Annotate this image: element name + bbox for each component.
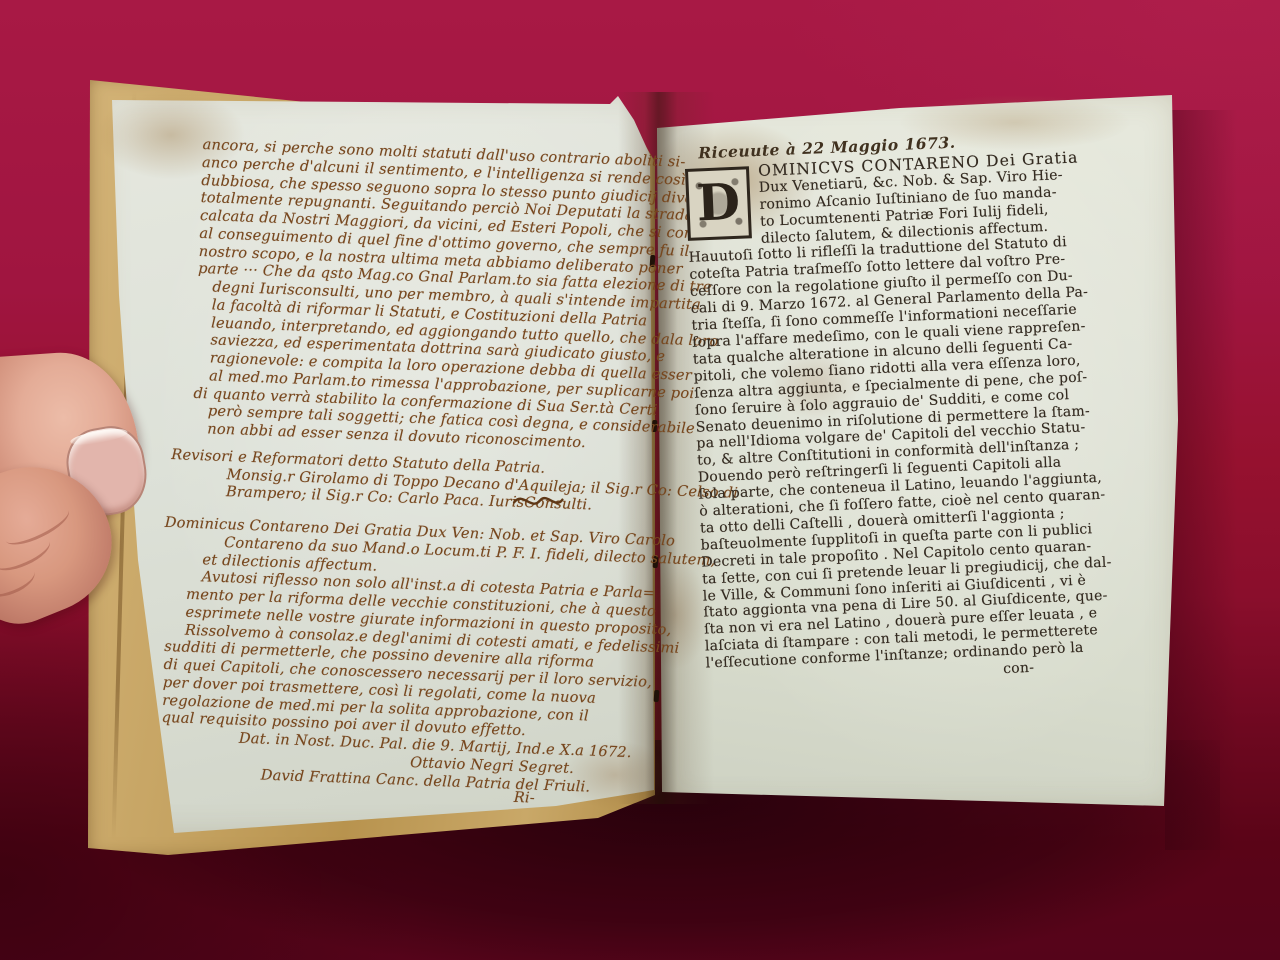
ink-flourish: [511, 492, 564, 518]
printed-lines: OMINICVS CONTARENO Dei GratiaDux Venetia…: [685, 148, 1131, 690]
printed-text-block: Riceuute à 22 Maggio 1673. D OMINICVS CO…: [684, 128, 1130, 690]
ornamental-initial-D: D: [685, 166, 752, 241]
book-edge-shadow: [1165, 110, 1255, 850]
photo-scene: ancora, si perche sono molti statuti dal…: [0, 0, 1280, 960]
manuscript-text-block: ancora, si perche sono molti statuti dal…: [179, 136, 655, 811]
hand: [0, 345, 165, 650]
binding-stitch: [654, 690, 660, 702]
